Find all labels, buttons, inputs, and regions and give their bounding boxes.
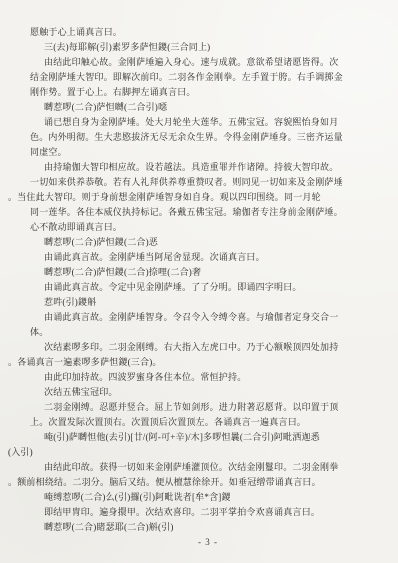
text-line: 惹吽(引)鑁斛 <box>30 295 386 310</box>
text-line: 嚩惹啰(二合)睹瑟耶(二合)斛(引) <box>30 520 386 535</box>
text-line: 唵缚惹啰(二合)么(引)攞(引)阿毗诜者[牟*含]鑁 <box>30 490 386 505</box>
text-line: 上。次置发际次置顶右。次置顶后次置顶左。各诵真言一遍真言曰。 <box>30 415 386 430</box>
text-line: 同虚空。 <box>30 145 386 160</box>
text-line: 由结此印触心故。金刚萨埵遍入身心。速与成就。意欲希望诸愿皆得。次 <box>30 55 386 70</box>
text-line: 。各诵真言一遍素啰多萨怛鑁(三合)。 <box>8 355 386 370</box>
text-line: 次结五佛宝冠印。 <box>30 385 386 400</box>
text-line: 二羽金刚缚。忍愿并竖合。屈上节如剑形。进力附著忍愿背。以印置于顶 <box>30 400 386 415</box>
scanned-page: 愿触于心上诵真言曰。三(去)每耶解(引)素罗多萨怛鑁(三合同上)由结此印触心故。… <box>0 0 398 563</box>
text-line: 诵已想自身为金刚萨埵。处大月轮坐大莲华。五佛宝冠。容貌熙怡身如月 <box>30 115 386 130</box>
text-line: (入引) <box>8 445 386 460</box>
text-line: 三(去)每耶解(引)素罗多萨怛鑁(三合同上) <box>30 40 386 55</box>
text-line: 一切如来供养恭敬。若有人礼拜供养尊重赞叹者。则同见一切如来及金刚萨埵 <box>30 175 386 190</box>
text-line: 愿触于心上诵真言曰。 <box>30 25 386 40</box>
text-line: 由结此印故。获得一切如来金刚萨埵灌顶位。次结金刚鬘印。二羽金刚拳 <box>30 460 386 475</box>
text-line: 体。 <box>30 325 386 340</box>
text-line: 唵(引)萨嚩怛他(去引)[廿/(阿-可+辛)/木]多啰怛曩(二合引)阿毗洒迦悉 <box>30 430 386 445</box>
text-line: 由诵此真言故。金刚萨埵当阿尾舍显现。次诵真言曰。 <box>30 250 386 265</box>
text-line: 即结甲冑印。遍身擐甲。次结欢喜印。二羽平掌拍令欢喜诵真言曰。 <box>30 505 386 520</box>
text-line: 次结素啰多印。二羽金刚缚。右大指入左虎口中。乃于心额喉顶四处加持 <box>30 340 386 355</box>
text-line: 。额前相绕结。二羽分。脑后又结。便从檀慧徐徐开。如垂冠缯带诵真言曰。 <box>8 475 386 490</box>
text-line: 嚩惹啰(二合)萨怛嚩(二合引)噁 <box>30 100 386 115</box>
text-line: 。当住此大智印。则于身前想金刚萨埵智身如自身。观以四印围绕。同一月轮 <box>8 190 386 205</box>
text-line: 由持瑜伽大智印相应故。设若越法。具造重罪并作诸障。持彼大智印故。 <box>30 160 386 175</box>
text-line: 嚩惹啰(二合)萨怛鑁(二合)恶 <box>30 235 386 250</box>
text-line: 由诵此真言故。金刚萨埵智身。令召令入令缚令喜。与瑜伽者定身交合一 <box>30 310 386 325</box>
text-line: 嚩惹啰(二合)萨怛鑁(二合)捺哩(二合)奢 <box>30 265 386 280</box>
text-line: 由此印加持故。四波罗蜜身各住本位。常恒护持。 <box>30 370 386 385</box>
text-line: 结金刚萨埵大智印。即解次前印。二羽各作金刚拳。左手置于胯。右手调掷金 <box>30 70 386 85</box>
text-line: 心不散动即诵真言曰。 <box>30 220 386 235</box>
page-number: - 3 - <box>30 535 386 550</box>
text-line: 由诵此真言故。令定中见金刚萨埵。了了分明。即诵四字明曰。 <box>30 280 386 295</box>
text-block: 愿触于心上诵真言曰。三(去)每耶解(引)素罗多萨怛鑁(三合同上)由结此印触心故。… <box>30 25 386 535</box>
text-line: 同一莲华。各住本威仪执持标记。各戴五佛宝冠。瑜伽者专注身前金刚萨埵。 <box>30 205 386 220</box>
text-line: 色。内外明彻。生大悲愍拔济无尽无余众生界。令得金刚萨埵身。三密齐运量 <box>30 130 386 145</box>
text-line: 刚作势。置于心上。右脚押左诵真言曰。 <box>30 85 386 100</box>
